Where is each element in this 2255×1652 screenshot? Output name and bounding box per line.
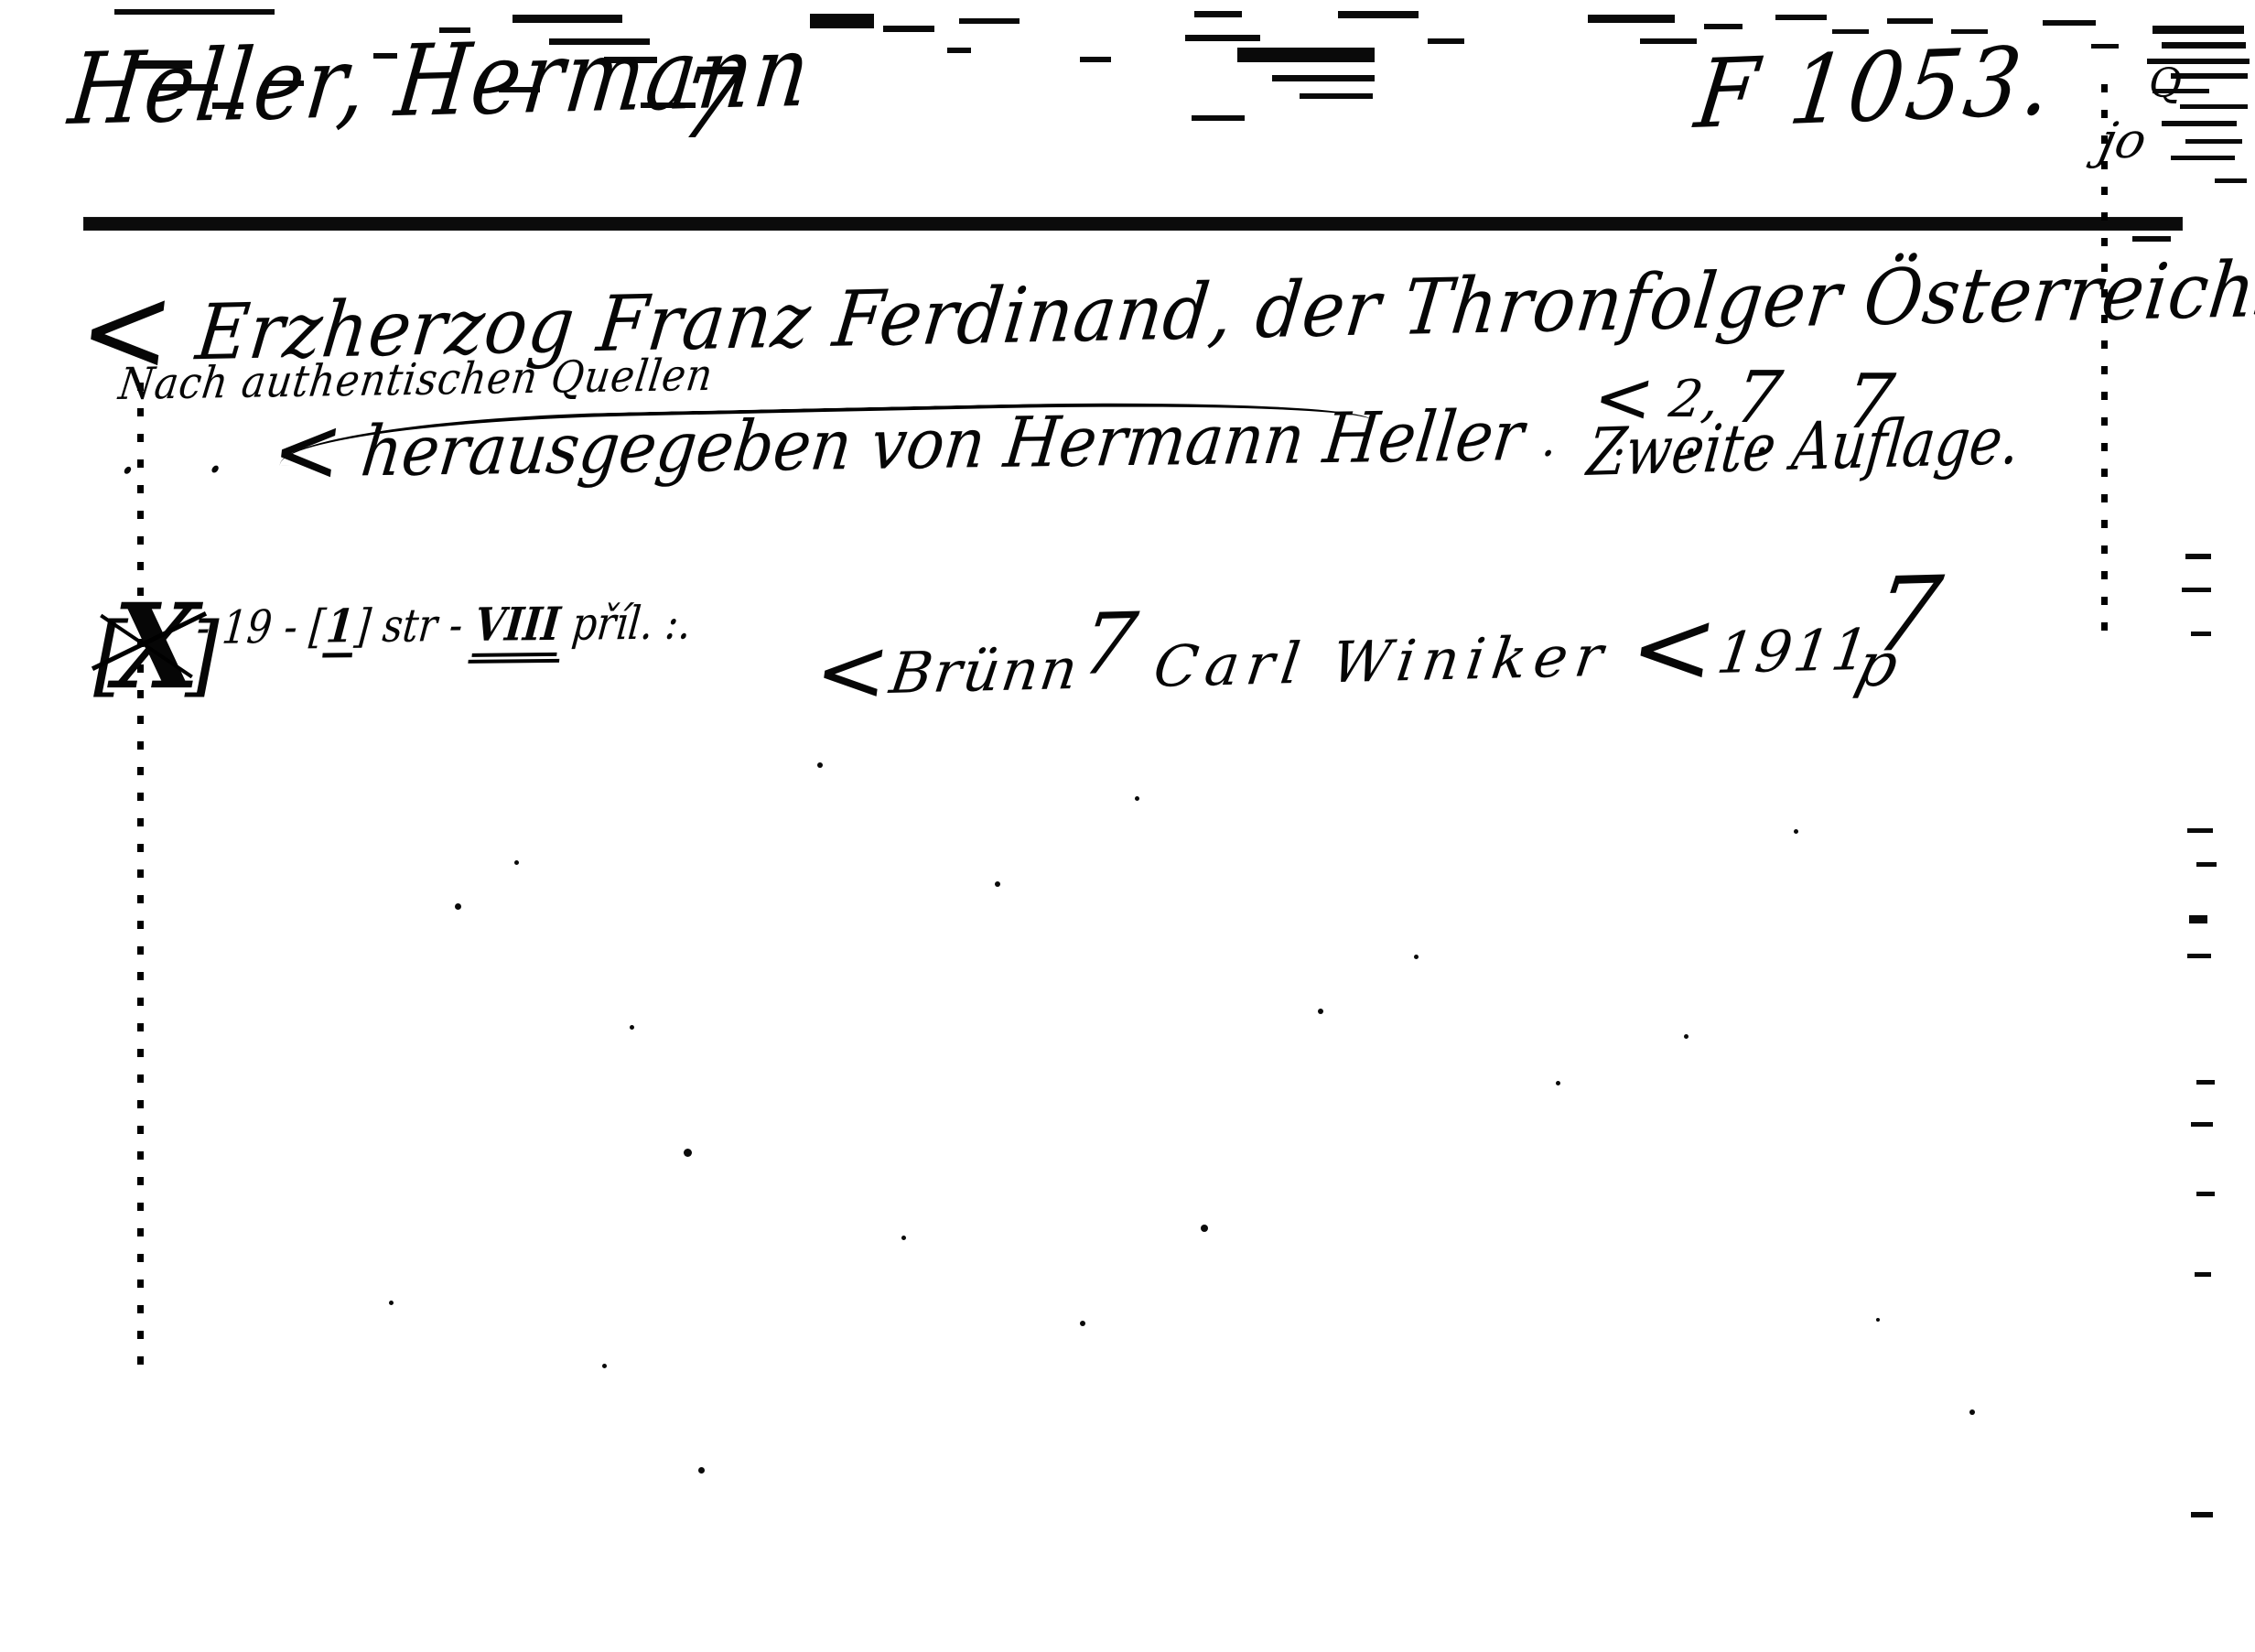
scan-speck xyxy=(630,1025,634,1030)
scan-noise-mark xyxy=(2196,1192,2215,1196)
deleted-x-mark: X xyxy=(113,577,200,715)
scan-noise-mark xyxy=(883,26,934,32)
scan-noise-mark xyxy=(2182,588,2211,592)
scan-noise-mark xyxy=(1192,115,1245,121)
statement-line: . . < herausgegeben von Hermann Heller .… xyxy=(117,391,1797,495)
scan-noise-mark xyxy=(2162,121,2237,126)
scan-noise-mark xyxy=(1185,35,1260,41)
scan-noise-mark xyxy=(2171,156,2235,160)
right-dotted-margin xyxy=(2101,84,2108,646)
scan-noise-mark xyxy=(2196,1080,2215,1085)
scan-noise-mark xyxy=(2215,178,2247,183)
scan-noise-mark xyxy=(959,18,1020,24)
scan-speck xyxy=(684,1149,692,1157)
statement-text: herausgegeben von Hermann Heller xyxy=(357,394,1527,491)
scan-speck xyxy=(1080,1321,1085,1326)
scan-noise-mark xyxy=(2187,828,2213,833)
scan-noise-mark xyxy=(1080,57,1111,62)
scan-noise-mark xyxy=(2196,862,2217,867)
scan-speck xyxy=(514,860,519,865)
inserted-source-note: Nach authentischen Quellen xyxy=(116,350,717,410)
scan-noise-mark xyxy=(1588,15,1675,23)
pages-label: str xyxy=(381,599,440,653)
scan-noise-mark xyxy=(2191,632,2211,636)
scan-noise-mark xyxy=(2162,42,2246,49)
scan-noise-mark xyxy=(2187,954,2211,958)
scan-speck xyxy=(1135,796,1139,801)
scan-noise-mark xyxy=(114,9,275,15)
place-close-bracket: 7 xyxy=(1075,594,1144,693)
imprint-year: 1911 xyxy=(1713,616,1874,686)
pages-dash: - xyxy=(447,599,465,652)
scan-speck xyxy=(1684,1034,1689,1039)
scan-noise-mark xyxy=(1887,18,1933,24)
edition-text: Zweite Auflage. xyxy=(1584,402,2023,491)
scan-noise-mark xyxy=(1338,11,1419,18)
scan-noise-mark xyxy=(2189,915,2207,923)
scan-noise-mark xyxy=(2191,1122,2213,1127)
scan-speck xyxy=(389,1301,394,1305)
scan-noise-mark xyxy=(1775,15,1827,20)
scan-noise-mark xyxy=(1194,11,1242,17)
scan-noise-mark xyxy=(1428,38,1464,44)
scan-speck xyxy=(901,1236,906,1240)
scan-noise-mark xyxy=(1272,75,1375,81)
scan-noise-mark xyxy=(2171,73,2248,79)
scan-speck xyxy=(602,1364,607,1368)
scan-speck xyxy=(817,762,823,768)
scan-noise-mark xyxy=(947,48,971,53)
scan-noise-mark xyxy=(1640,38,1697,44)
scan-speck xyxy=(1414,955,1419,959)
collation-line: - 19 - [1] str - VIII příl. :. xyxy=(194,595,694,660)
author-bracket-mark: 7 xyxy=(673,48,746,160)
scan-noise-mark xyxy=(2185,139,2242,144)
left-dotted-margin xyxy=(137,383,144,1371)
scan-speck xyxy=(1969,1409,1975,1415)
collation-dash: - xyxy=(282,600,300,653)
scan-noise-mark xyxy=(2195,1272,2211,1277)
scan-noise-mark xyxy=(1300,93,1373,99)
scan-noise-mark xyxy=(1704,24,1742,29)
place-open-bracket: < xyxy=(808,619,898,723)
scan-speck xyxy=(1556,1081,1560,1085)
scan-noise-mark xyxy=(2180,104,2248,109)
scan-speck xyxy=(1794,829,1798,834)
year-open-bracket: < xyxy=(1623,588,1727,708)
scan-speck xyxy=(1876,1318,1880,1322)
scan-noise-mark xyxy=(1237,48,1375,62)
scan-speck xyxy=(1318,1009,1323,1014)
collation-number: 19 xyxy=(220,600,275,654)
scan-speck xyxy=(455,903,461,910)
collation-tail-dots: :. xyxy=(663,596,693,649)
scan-speck xyxy=(698,1467,705,1474)
scan-noise-mark xyxy=(2185,554,2211,559)
roman-pages: VIII xyxy=(472,597,563,657)
corner-symbol: Q xyxy=(2149,60,2182,107)
collation-suffix: příl. xyxy=(570,597,656,651)
scan-noise-mark xyxy=(2091,44,2119,49)
imprint-place: Brünn xyxy=(886,635,1084,707)
scan-noise-mark xyxy=(2152,26,2244,34)
shelfmark: F 1053. xyxy=(1689,25,2061,150)
imprint-line: <Brünn7 Carl Winiker <19117 xyxy=(811,555,1950,708)
statement-lead-dots: . . xyxy=(118,421,257,487)
scan-noise-mark xyxy=(2191,1512,2213,1517)
catalog-card-scan: Heller, Hermann 7 F 1053. Q jo < Erzherz… xyxy=(0,0,2255,1652)
statement-open-bracket: < xyxy=(267,396,349,504)
scan-speck xyxy=(995,881,1000,887)
volume-close-bracket: ] xyxy=(352,599,372,653)
scan-speck xyxy=(1201,1225,1208,1232)
scan-noise-mark xyxy=(810,14,874,28)
imprint-publisher: Carl Winiker xyxy=(1150,622,1614,700)
